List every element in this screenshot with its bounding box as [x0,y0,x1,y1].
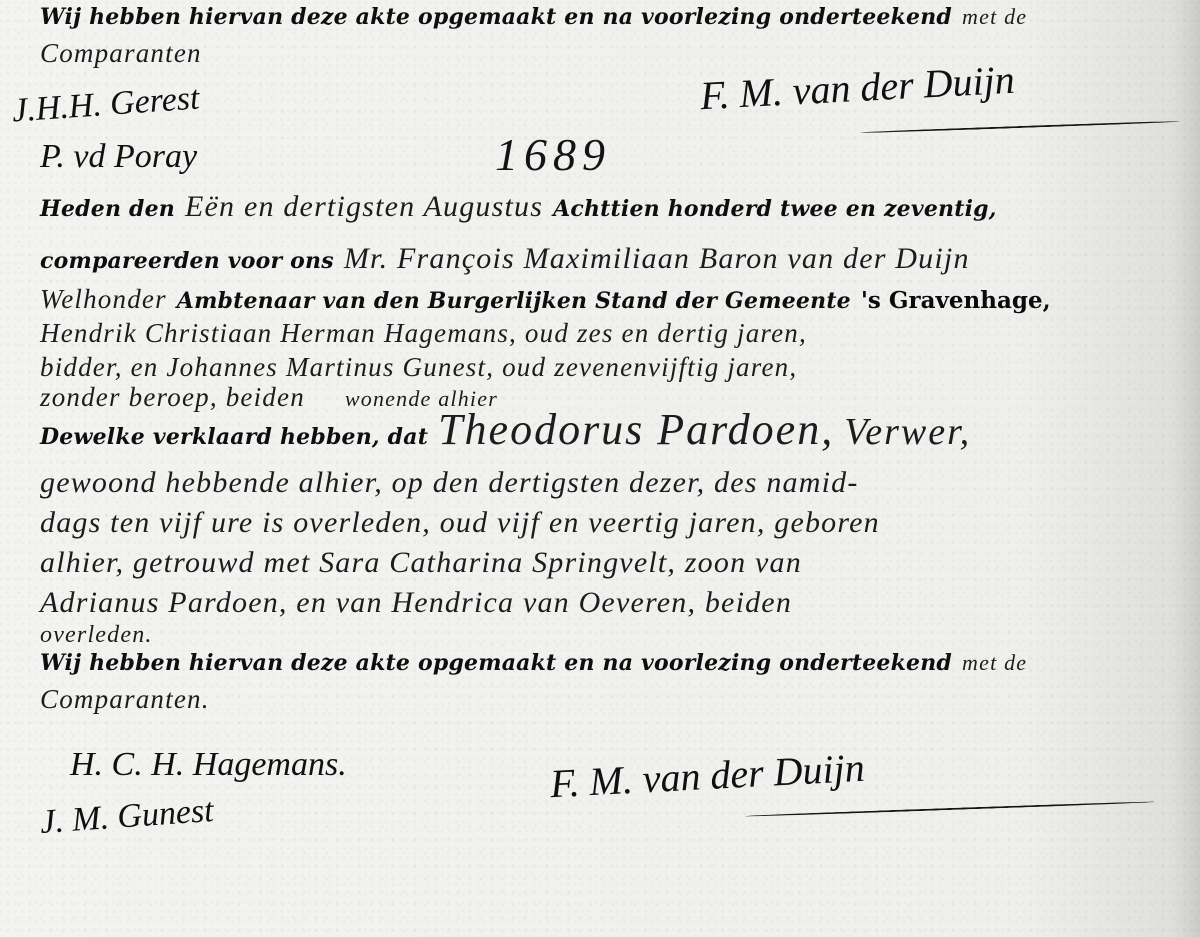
printed-municipality: 's Gravenhage, [861,287,1051,314]
body-line-9: dags ten vijf ure is overleden, oud vijf… [40,506,880,540]
signature-witness-previous-2: P. vd Poray [40,138,197,176]
signature-witness-2: J. M. Gunest [39,792,215,842]
body-line-12: overleden. [40,622,153,649]
signature-registrar-previous: F. M. van der Duijn [699,56,1016,119]
handwritten-text: gewoond hebbende alhier, op den dertigst… [40,466,859,500]
handwritten-deceased-name: Theodorus Pardoen, [438,404,834,455]
body-line-date: Heden den Eën en dertigsten Augustus Ach… [40,190,997,224]
page-edge-shadow [1172,0,1200,937]
signature-flourish [860,120,1180,133]
handwritten-occupation: Verwer, [844,410,971,454]
body-line-10: alhier, getrouwd met Sara Catharina Spri… [40,546,802,580]
printed-text: Dewelke verklaard hebben, dat [40,424,428,450]
record-number: 1689 [495,128,611,181]
closing-comparanten-line: Comparanten. [40,684,210,715]
body-line-8: gewoond hebbende alhier, op den dertigst… [40,466,859,500]
handwritten-text: Adrianus Pardoen, en van Hendrica van Oe… [40,586,792,620]
handwritten-text: Hendrik Christiaan Herman Hagemans, oud … [40,318,807,349]
handwritten-text: alhier, getrouwd met Sara Catharina Spri… [40,546,802,580]
civil-record-page: Wij hebben hiervan deze akte opgemaakt e… [0,0,1200,937]
printed-year: Achttien honderd twee en zeventig, [553,196,997,222]
printed-text: Wij hebben hiervan deze akte opgemaakt e… [40,4,952,30]
handwritten-text: met de [962,4,1027,30]
body-line-deceased: Dewelke verklaard hebben, dat Theodorus … [40,404,971,455]
closing-line: Wij hebben hiervan deze akte opgemaakt e… [40,650,1027,676]
previous-closing-line: Wij hebben hiervan deze akte opgemaakt e… [40,4,1027,30]
handwritten-text: dags ten vijf ure is overleden, oud vijf… [40,506,880,540]
body-line-witness-1: Hendrik Christiaan Herman Hagemans, oud … [40,318,807,349]
printed-text: Heden den [40,196,175,222]
signature-witness-1: H. C. H. Hagemans. [70,746,347,784]
handwritten-title: Welhonder [40,284,167,315]
body-line-registrar: compareerden voor ons Mr. François Maxim… [40,242,970,276]
signature-witness-previous-1: J.H.H. Gerest [11,80,201,131]
handwritten-text: met de [962,650,1027,676]
signature-registrar: F. M. van der Duijn [549,744,866,807]
previous-comparanten-line: Comparanten [40,38,202,69]
handwritten-text: Comparanten. [40,684,210,715]
handwritten-registrar-name: Mr. François Maximiliaan Baron van der D… [344,242,970,276]
body-line-municipality: Welhonder Ambtenaar van den Burgerlijken… [40,284,1051,315]
signature-flourish [745,801,1155,817]
handwritten-text: bidder, en Johannes Martinus Gunest, oud… [40,352,797,383]
body-line-witness-2: bidder, en Johannes Martinus Gunest, oud… [40,352,797,383]
body-line-11: Adrianus Pardoen, en van Hendrica van Oe… [40,586,792,620]
printed-text: Ambtenaar van den Burgerlijken Stand der… [177,288,851,314]
handwritten-date: Eën en dertigsten Augustus [185,190,543,224]
printed-text: Wij hebben hiervan deze akte opgemaakt e… [40,650,952,676]
printed-text: compareerden voor ons [40,248,334,274]
handwritten-text: Comparanten [40,38,202,69]
handwritten-text: overleden. [40,622,153,649]
